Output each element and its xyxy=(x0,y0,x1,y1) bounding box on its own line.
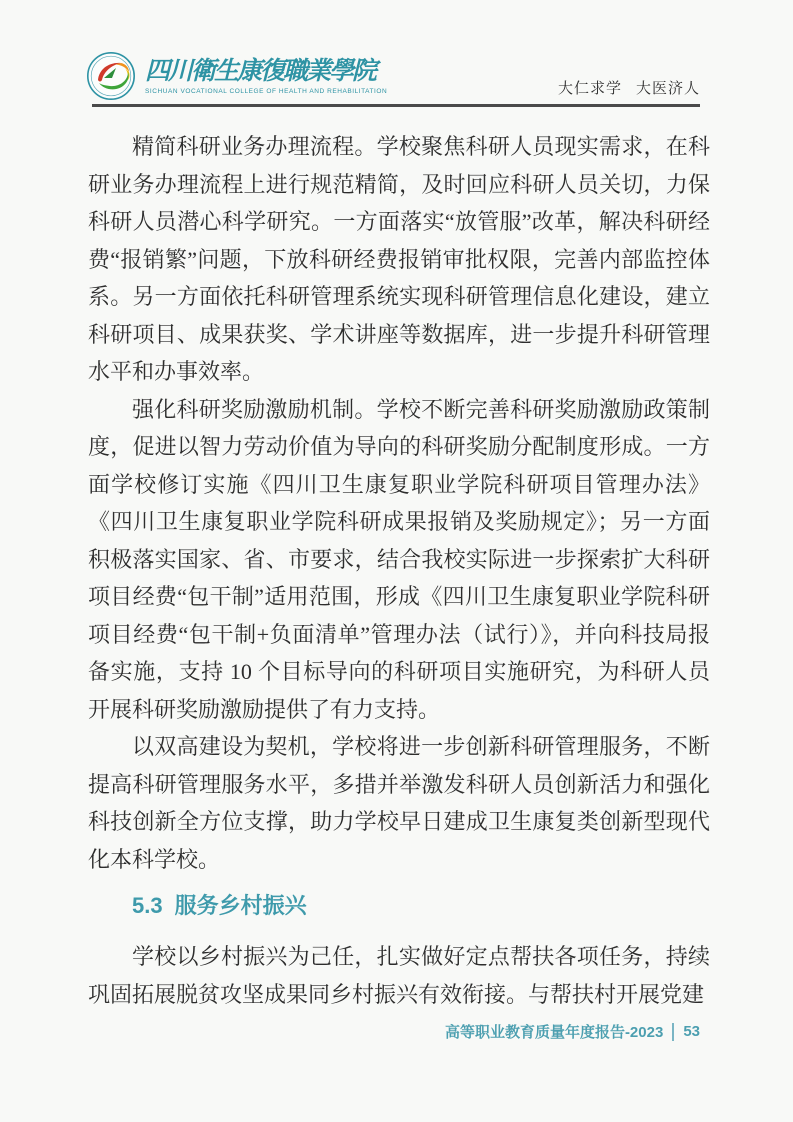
page-footer: 高等职业教育质量年度报告-2023 53 xyxy=(445,1021,700,1042)
paragraph-shuanggao-outlook: 以双高建设为契机，学校将进一步创新科研管理服务，不断提高科研管理服务水平，多措并… xyxy=(88,728,710,878)
motto-part-1: 大仁求学 xyxy=(558,80,622,97)
footer-report-title: 高等职业教育质量年度报告-2023 xyxy=(445,1021,663,1042)
college-motto: 大仁求学大医济人 xyxy=(558,77,700,101)
college-name-en: SICHUAN VOCATIONAL COLLEGE OF HEALTH AND… xyxy=(145,88,387,95)
section-heading: 5.3服务乡村振兴 xyxy=(88,886,710,926)
section-title: 服务乡村振兴 xyxy=(175,893,307,918)
paragraph-simplify-research-process: 精简科研业务办理流程。学校聚焦科研人员现实需求，在科研业务办理流程上进行规范精简… xyxy=(88,128,710,391)
paragraph-research-reward-mechanism: 强化科研奖励激励机制。学校不断完善科研奖励激励政策制度，促进以智力劳动价值为导向… xyxy=(88,391,710,729)
college-emblem-icon xyxy=(86,51,136,101)
page-number: 53 xyxy=(683,1023,700,1040)
section-number: 5.3 xyxy=(132,893,163,918)
report-page: 四川衛生康復職業學院 SICHUAN VOCATIONAL COLLEGE OF… xyxy=(0,0,793,1122)
college-name-zh: 四川衛生康復職業學院 xyxy=(145,58,387,85)
college-name-block: 四川衛生康復職業學院 SICHUAN VOCATIONAL COLLEGE OF… xyxy=(145,48,387,95)
paragraph-rural-revitalization: 学校以乡村振兴为己任，扎实做好定点帮扶各项任务，持续巩固拓展脱贫攻坚成果同乡村振… xyxy=(88,938,710,1013)
college-logo: 四川衛生康復職業學院 SICHUAN VOCATIONAL COLLEGE OF… xyxy=(86,48,387,101)
page-header: 四川衛生康復職業學院 SICHUAN VOCATIONAL COLLEGE OF… xyxy=(86,48,700,101)
page-body: 精简科研业务办理流程。学校聚焦科研人员现实需求，在科研业务办理流程上进行规范精简… xyxy=(88,128,710,1013)
footer-divider xyxy=(672,1023,674,1041)
header-divider xyxy=(92,104,700,107)
motto-part-2: 大医济人 xyxy=(636,80,700,97)
